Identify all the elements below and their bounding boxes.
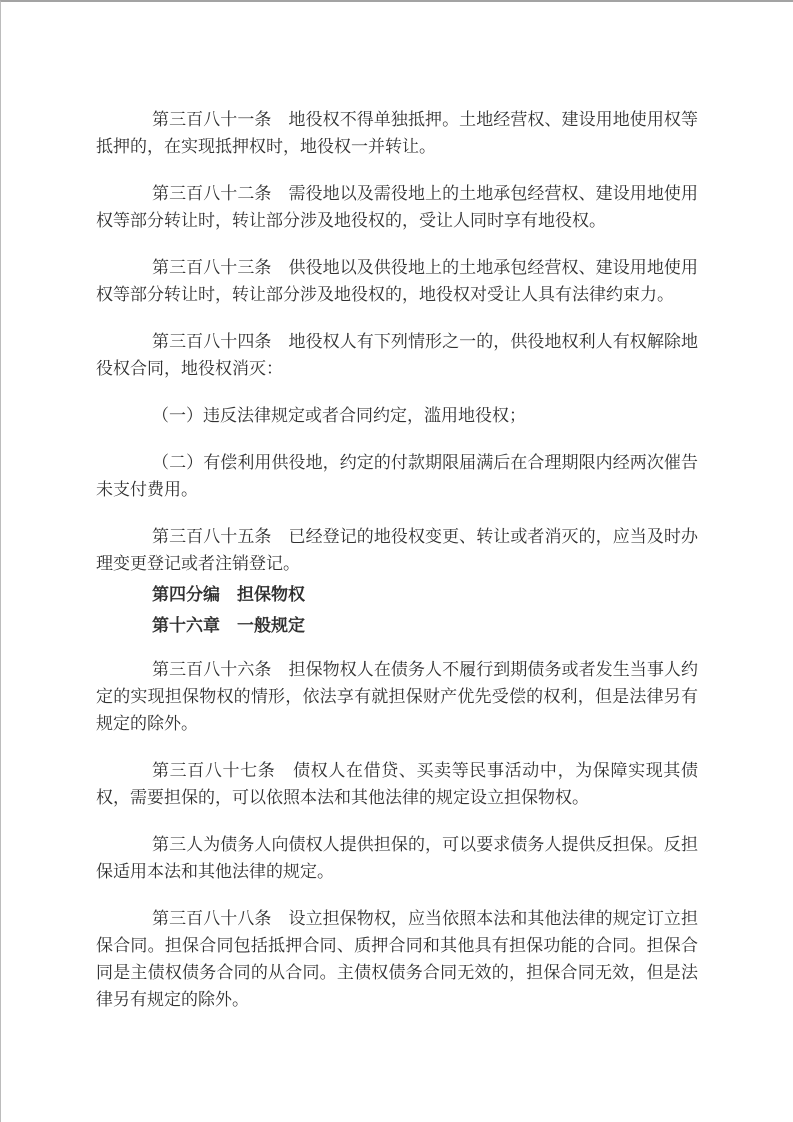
article-386-paragraph: 第三百八十六条 担保物权人在债务人不履行到期债务或者发生当事人约定的实现担保物权… <box>96 657 698 738</box>
chapter-16-heading: 第十六章 一般规定 <box>96 613 698 640</box>
article-384-item-2: （二）有偿利用供役地，约定的付款期限届满后在合理期限内经两次催告未支付费用。 <box>96 450 698 504</box>
article-384-item-1: （一）违反法律规定或者合同约定，滥用地役权； <box>96 403 698 430</box>
article-382-paragraph: 第三百八十二条 需役地以及需役地上的土地承包经营权、建设用地使用权等部分转让时，… <box>96 181 698 235</box>
article-381-paragraph: 第三百八十一条 地役权不得单独抵押。土地经营权、建设用地使用权等抵押的，在实现抵… <box>96 107 698 161</box>
document-content: 第三百八十一条 地役权不得单独抵押。土地经营权、建设用地使用权等抵押的，在实现抵… <box>96 107 698 1014</box>
part-4-heading: 第四分编 担保物权 <box>96 582 698 609</box>
article-388-paragraph: 第三百八十八条 设立担保物权，应当依照本法和其他法律的规定订立担保合同。担保合同… <box>96 906 698 1014</box>
article-387-paragraph-2: 第三人为债务人向债权人提供担保的，可以要求债务人提供反担保。反担保适用本法和其他… <box>96 832 698 886</box>
document-page: 第三百八十一条 地役权不得单独抵押。土地经营权、建设用地使用权等抵押的，在实现抵… <box>0 0 793 1122</box>
article-383-paragraph: 第三百八十三条 供役地以及供役地上的土地承包经营权、建设用地使用权等部分转让时，… <box>96 255 698 309</box>
article-387-paragraph: 第三百八十七条 债权人在借贷、买卖等民事活动中，为保障实现其债权，需要担保的，可… <box>96 758 698 812</box>
article-384-paragraph: 第三百八十四条 地役权人有下列情形之一的，供役地权利人有权解除地役权合同，地役权… <box>96 329 698 383</box>
article-385-paragraph: 第三百八十五条 已经登记的地役权变更、转让或者消灭的，应当及时办理变更登记或者注… <box>96 524 698 578</box>
